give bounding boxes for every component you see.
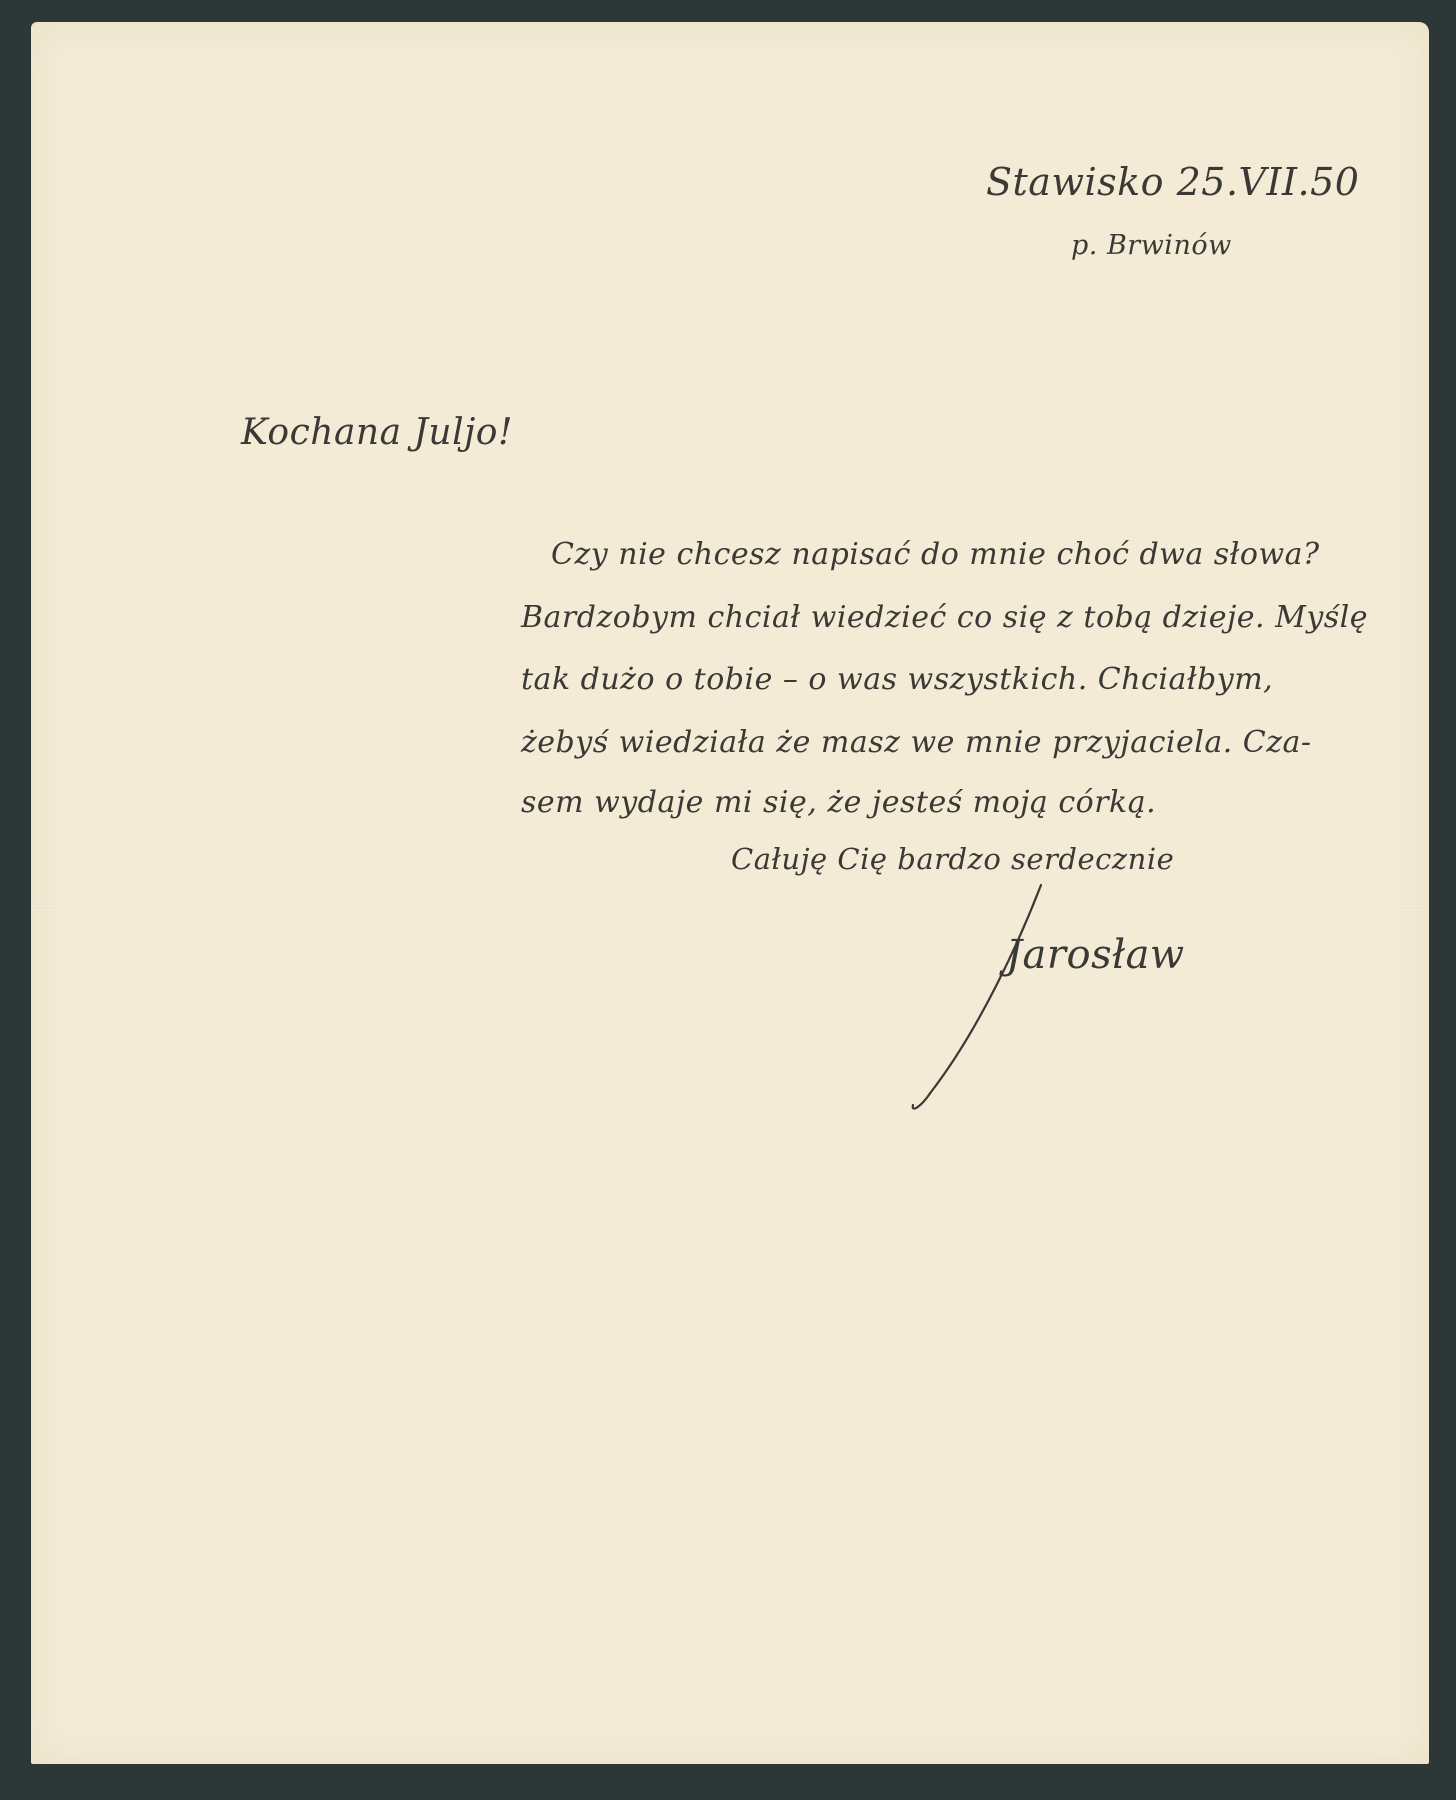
body-line-3: tak dużo o tobie – o was wszystkich. Chc… (521, 662, 1273, 697)
letter-sheet: Stawisko 25.VII.50 p. Brwinów Kochana Ju… (31, 22, 1429, 1764)
scan-background: Stawisko 25.VII.50 p. Brwinów Kochana Ju… (0, 0, 1456, 1800)
postal-address: p. Brwinów (1071, 230, 1232, 261)
body-line-5: sem wydaje mi się, że jesteś moją córką. (521, 785, 1156, 820)
body-line-1: Czy nie chcesz napisać do mnie choć dwa … (551, 537, 1320, 572)
body-line-4: żebyś wiedziała że masz we mnie przyjaci… (521, 725, 1312, 760)
place-date: Stawisko 25.VII.50 (986, 160, 1359, 204)
vertical-fold-line (724, 22, 726, 1764)
signature-flourish-icon (871, 877, 1071, 1117)
closing: Całuję Cię bardzo serdecznie (731, 842, 1174, 876)
salutation: Kochana Juljo! (241, 412, 513, 453)
signature: Jarosław (1006, 932, 1185, 978)
body-line-2: Bardzobym chciał wiedzieć co się z tobą … (521, 600, 1368, 635)
horizontal-fold-line (31, 906, 1429, 908)
